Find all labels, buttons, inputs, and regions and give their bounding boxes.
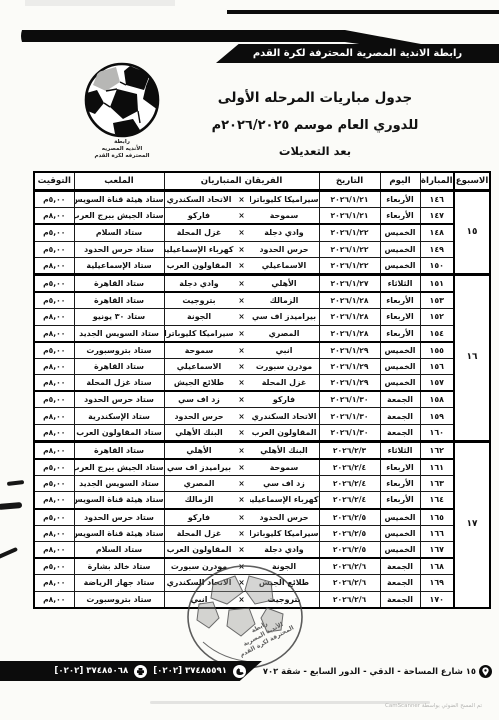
stadium-cell: ستاد جهاز الرياضة: [74, 575, 164, 591]
away-team: سيراميكا كليوباترا: [165, 326, 234, 341]
match-number-cell: ١٥٤: [420, 325, 454, 342]
stadium-cell: ستاد القاهرة: [74, 292, 164, 309]
home-team: حرس الحدود: [250, 510, 319, 525]
versus-symbol: ×: [234, 476, 250, 491]
date-cell: ٢٠٢٦/١/٢٧: [319, 274, 380, 292]
week-number-cell: ١٦: [454, 274, 490, 441]
away-team: بتروجيت: [165, 293, 234, 308]
match-number-cell: ١٥٢: [420, 309, 454, 325]
stadium-cell: ستاد بتروسبورت: [74, 591, 164, 608]
match-row: ١٦٣الأربعاء٢٠٢٦/٢/٤زد اف سي×المصريستاد ا…: [34, 476, 490, 492]
teams-cell: سموحة×بيراميدز اف سي: [164, 459, 319, 476]
home-team: المصري: [250, 326, 319, 341]
match-row: ١٤٩الخميس٢٠٢٦/١/٢٢حرس الحدود×كهرباء الإس…: [34, 241, 490, 257]
match-row: ١٧١٦٢الثلاثاء٢٠٢٦/٢/٣البنك الأهلي×الأهلي…: [34, 441, 490, 459]
date-cell: ٢٠٢٦/٢/٦: [319, 558, 380, 575]
day-cell: الثلاثاء: [380, 441, 420, 459]
date-cell: ٢٠٢٦/١/٢١: [319, 208, 380, 225]
time-cell: ٥,٠٠م: [34, 292, 74, 309]
stadium-cell: ستاد الإسماعيلية: [74, 257, 164, 274]
match-row: ١٥٢الاربعاء٢٠٢٦/١/٢٨بيراميدز اف سي×الجون…: [34, 309, 490, 325]
stadium-cell: ستاد المقاولون العرب: [74, 424, 164, 441]
date-cell: ٢٠٢٦/١/٢٢: [319, 241, 380, 257]
date-cell: ٢٠٢٦/٢/٥: [319, 509, 380, 526]
versus-symbol: ×: [234, 409, 250, 424]
address-text: ١٥ شارع المساحة - الدقي - الدور السابع -…: [263, 666, 476, 676]
date-cell: ٢٠٢٦/٢/٣: [319, 441, 380, 459]
time-cell: ٨,٠٠م: [34, 375, 74, 392]
time-cell: ٥,٠٠م: [34, 476, 74, 492]
match-number-cell: ١٤٧: [420, 208, 454, 225]
time-cell: ٨,٠٠م: [34, 541, 74, 558]
time-cell: ٨,٠٠م: [34, 424, 74, 441]
match-number-cell: ١٦٣: [420, 476, 454, 492]
day-cell: الجمعة: [380, 408, 420, 424]
date-cell: ٢٠٢٦/٢/٤: [319, 476, 380, 492]
stadium-cell: ستاد خالد بشارة: [74, 558, 164, 575]
week-number-cell: ١٧: [454, 441, 490, 607]
home-team: سيراميكا كليوباترا: [250, 526, 319, 541]
day-cell: الخميس: [380, 342, 420, 359]
match-number-cell: ١٥٠: [420, 257, 454, 274]
date-cell: ٢٠٢٦/١/٢٨: [319, 309, 380, 325]
schedule-body: ١٥١٤٦الأربعاء٢٠٢٦/١/٢١سيراميكا كليوباترا…: [34, 191, 490, 608]
logo-caption-line: الأنديه المصريه: [70, 146, 174, 153]
stadium-cell: ستاد حرس الحدود: [74, 391, 164, 408]
title-stage: جدول مباريات المرحله الأولى: [170, 90, 460, 106]
versus-symbol: ×: [234, 492, 250, 507]
versus-symbol: ×: [234, 460, 250, 475]
day-cell: الأربعاء: [380, 292, 420, 309]
home-team: الاتحاد السكندري: [250, 409, 319, 424]
home-team: كهرباء الإسماعيلية: [250, 492, 319, 507]
versus-symbol: ×: [234, 242, 250, 257]
phone-icon: [233, 665, 246, 678]
home-team: المقاولون العرب: [250, 425, 319, 440]
date-cell: ٢٠٢٦/٢/٥: [319, 525, 380, 541]
stadium-cell: ستاد السلام: [74, 541, 164, 558]
match-schedule-table: الاسبوع المباراة اليوم التاريخ الفريقان …: [33, 171, 491, 609]
home-team: الأهلي: [250, 276, 319, 291]
home-team: البنك الأهلي: [250, 443, 319, 458]
time-cell: ٨,٠٠م: [34, 358, 74, 374]
away-team: طلائع الجيش: [165, 375, 234, 390]
match-number-cell: ١٤٨: [420, 224, 454, 241]
stadium-cell: ستاد القاهرة: [74, 441, 164, 459]
stadium-cell: ستاد هيئة قناة السويس: [74, 525, 164, 541]
match-row: ١٥٤الأربعاء٢٠٢٦/١/٢٨المصري×سيراميكا كليو…: [34, 325, 490, 342]
header-day: اليوم: [380, 172, 420, 191]
match-row: ١٦٤الأربعاء٢٠٢٦/٢/٤كهرباء الإسماعيلية×ال…: [34, 492, 490, 509]
day-cell: الثلاثاء: [380, 274, 420, 292]
home-team: سموحة: [250, 460, 319, 475]
stadium-cell: ستاد الجيش ببرج العرب: [74, 459, 164, 476]
away-team: غزل المحلة: [165, 225, 234, 240]
teams-cell: المصري×سيراميكا كليوباترا: [164, 325, 319, 342]
teams-cell: حرس الحدود×كهرباء الإسماعيلية: [164, 241, 319, 257]
versus-symbol: ×: [234, 359, 250, 374]
date-cell: ٢٠٢٦/١/٣٠: [319, 408, 380, 424]
versus-symbol: ×: [234, 425, 250, 440]
day-cell: الجمعة: [380, 591, 420, 608]
match-row: ١٦٦الخميس٢٠٢٦/٢/٥سيراميكا كليوباترا×غزل …: [34, 525, 490, 541]
day-cell: الخميس: [380, 509, 420, 526]
home-team: سموحة: [250, 208, 319, 223]
teams-cell: الاتحاد السكندري×حرس الحدود: [164, 408, 319, 424]
day-cell: الأربعاء: [380, 208, 420, 225]
match-row: ١٥١٤٦الأربعاء٢٠٢٦/١/٢١سيراميكا كليوباترا…: [34, 191, 490, 208]
home-team: الزمالك: [250, 293, 319, 308]
home-team: حرس الحدود: [250, 242, 319, 257]
teams-cell: المقاولون العرب×البنك الأهلي: [164, 424, 319, 441]
date-cell: ٢٠٢٦/١/٢٩: [319, 342, 380, 359]
versus-symbol: ×: [234, 208, 250, 223]
pen-mark: [7, 480, 24, 486]
match-number-cell: ١٦٦: [420, 525, 454, 541]
day-cell: الخميس: [380, 358, 420, 374]
date-cell: ٢٠٢٦/١/٢٩: [319, 358, 380, 374]
home-team: وادي دجلة: [250, 225, 319, 240]
time-cell: ٥,٠٠م: [34, 241, 74, 257]
match-number-cell: ١٦٨: [420, 558, 454, 575]
day-cell: الخميس: [380, 257, 420, 274]
versus-symbol: ×: [234, 276, 250, 291]
stadium-cell: ستاد الإسكندرية: [74, 408, 164, 424]
date-cell: ٢٠٢٦/٢/٦: [319, 575, 380, 591]
away-team: زد اف سي: [165, 392, 234, 407]
match-number-cell: ١٥٨: [420, 391, 454, 408]
date-cell: ٢٠٢٦/٢/٤: [319, 459, 380, 476]
date-cell: ٢٠٢٦/١/٢٩: [319, 375, 380, 392]
date-cell: ٢٠٢٦/١/٢٨: [319, 292, 380, 309]
away-team: حرس الحدود: [165, 409, 234, 424]
away-team: المقاولون العرب: [165, 542, 234, 557]
pen-mark: [0, 547, 18, 559]
title-amendments: بعد التعديلات: [170, 144, 460, 158]
versus-symbol: ×: [234, 225, 250, 240]
stadium-cell: ستاد حرس الحدود: [74, 241, 164, 257]
versus-symbol: ×: [234, 542, 250, 557]
stadium-cell: ستاد حرس الحدود: [74, 509, 164, 526]
teams-cell: مودرن سبورت×الاسماعيلي: [164, 358, 319, 374]
logo-caption-line: المحترفه لكرة القدم: [70, 153, 174, 160]
stadium-cell: ستاد غزل المحلة: [74, 375, 164, 392]
time-cell: ٨,٠٠م: [34, 257, 74, 274]
fax-number: [٠٢٠٢] ٣٧٤٨٥٠٦٨: [54, 666, 128, 676]
day-cell: الخميس: [380, 375, 420, 392]
away-team: الزمالك: [165, 492, 234, 507]
away-team: المقاولون العرب: [165, 258, 234, 273]
time-cell: ٨,٠٠م: [34, 309, 74, 325]
match-number-cell: ١٦٢: [420, 441, 454, 459]
teams-cell: الزمالك×بتروجيت: [164, 292, 319, 309]
match-number-cell: ١٤٦: [420, 191, 454, 208]
date-cell: ٢٠٢٦/٢/٤: [319, 492, 380, 509]
versus-symbol: ×: [234, 443, 250, 458]
day-cell: الأربعاء: [380, 191, 420, 208]
stadium-cell: ستاد القاهرة: [74, 358, 164, 374]
document-titles: جدول مباريات المرحله الأولى للدوري العام…: [170, 90, 460, 158]
away-team: فاركو: [165, 208, 234, 223]
time-cell: ٥,٠٠م: [34, 558, 74, 575]
time-cell: ٥,٠٠م: [34, 191, 74, 208]
away-team: سموحة: [165, 343, 234, 358]
fax-icon: [134, 665, 147, 678]
stadium-cell: ستاد هيئة قناة السويس: [74, 191, 164, 208]
header-date: التاريخ: [319, 172, 380, 191]
teams-cell: فاركو×زد اف سي: [164, 391, 319, 408]
match-number-cell: ١٦٧: [420, 541, 454, 558]
day-cell: الخميس: [380, 525, 420, 541]
day-cell: الجمعة: [380, 391, 420, 408]
time-cell: ٨,٠٠م: [34, 408, 74, 424]
day-cell: الاربعاء: [380, 459, 420, 476]
time-cell: ٥,٠٠م: [34, 391, 74, 408]
away-team: بيراميدز اف سي: [165, 460, 234, 475]
home-team: فاركو: [250, 392, 319, 407]
match-row: ١٥٣الأربعاء٢٠٢٦/١/٢٨الزمالك×بتروجيتستاد …: [34, 292, 490, 309]
teams-cell: انبي×سموحة: [164, 342, 319, 359]
match-row: ١٥٠الخميس٢٠٢٦/١/٢٢الاسماعيلي×المقاولون ا…: [34, 257, 490, 274]
date-cell: ٢٠٢٦/٢/٥: [319, 541, 380, 558]
day-cell: الأربعاء: [380, 492, 420, 509]
match-number-cell: ١٧٠: [420, 591, 454, 608]
day-cell: الجمعة: [380, 575, 420, 591]
match-row: ١٦٥الخميس٢٠٢٦/٢/٥حرس الحدود×فاركوستاد حر…: [34, 509, 490, 526]
home-team: سيراميكا كليوباترا: [250, 192, 319, 207]
time-cell: ٨,٠٠م: [34, 591, 74, 608]
header-week: الاسبوع: [454, 172, 490, 191]
teams-cell: غزل المحلة×طلائع الجيش: [164, 375, 319, 392]
match-row: ١٥٨الجمعة٢٠٢٦/١/٣٠فاركو×زد اف سيستاد حرس…: [34, 391, 490, 408]
versus-symbol: ×: [234, 510, 250, 525]
teams-cell: حرس الحدود×فاركو: [164, 509, 319, 526]
match-row: ١٤٨الخميس٢٠٢٦/١/٢٢وادي دجلة×غزل المحلةست…: [34, 224, 490, 241]
away-team: كهرباء الإسماعيلية: [165, 242, 234, 257]
time-cell: ٥,٠٠م: [34, 274, 74, 292]
teams-cell: الاسماعيلي×المقاولون العرب: [164, 257, 319, 274]
day-cell: الاربعاء: [380, 309, 420, 325]
date-cell: ٢٠٢٦/١/٣٠: [319, 391, 380, 408]
date-cell: ٢٠٢٦/١/٢٢: [319, 257, 380, 274]
teams-cell: وادي دجلة×غزل المحلة: [164, 224, 319, 241]
teams-cell: بيراميدز اف سي×الجونة: [164, 309, 319, 325]
versus-symbol: ×: [234, 526, 250, 541]
versus-symbol: ×: [234, 309, 250, 324]
match-number-cell: ١٥٩: [420, 408, 454, 424]
stadium-cell: ستاد ٣٠ يونيو: [74, 309, 164, 325]
stadium-cell: ستاد القاهرة: [74, 274, 164, 292]
time-cell: ٥,٠٠م: [34, 459, 74, 476]
versus-symbol: ×: [234, 258, 250, 273]
match-row: ١٥٩الجمعة٢٠٢٦/١/٣٠الاتحاد السكندري×حرس ا…: [34, 408, 490, 424]
teams-cell: وادي دجلة×المقاولون العرب: [164, 541, 319, 558]
logo-caption: رابطةالأنديه المصريهالمحترفه لكرة القدم: [70, 139, 174, 159]
time-cell: ٥,٠٠م: [34, 224, 74, 241]
date-cell: ٢٠٢٦/١/٣٠: [319, 424, 380, 441]
stadium-cell: ستاد الجيش ببرج العرب: [74, 208, 164, 225]
day-cell: الجمعة: [380, 424, 420, 441]
versus-symbol: ×: [234, 293, 250, 308]
away-team: وادي دجلة: [165, 276, 234, 291]
stadium-cell: ستاد بتروسبورت: [74, 342, 164, 359]
logo-caption-line: رابطة: [70, 139, 174, 146]
away-team: الاتحاد السكندري: [165, 192, 234, 207]
teams-cell: كهرباء الإسماعيلية×الزمالك: [164, 492, 319, 509]
match-row: ١٥٦الخميس٢٠٢٦/١/٢٩مودرن سبورت×الاسماعيلي…: [34, 358, 490, 374]
header-stadium: الملعب: [74, 172, 164, 191]
time-cell: ٨,٠٠م: [34, 208, 74, 225]
football-logo: [80, 60, 164, 142]
home-team: انبي: [250, 343, 319, 358]
match-row: ١٦٧الخميس٢٠٢٦/٢/٥وادي دجلة×المقاولون الع…: [34, 541, 490, 558]
home-team: بيراميدز اف سي: [250, 309, 319, 324]
stadium-cell: ستاد هيئة قناة السويس: [74, 492, 164, 509]
time-cell: ٨,٠٠م: [34, 525, 74, 541]
away-team: غزل المحلة: [165, 526, 234, 541]
date-cell: ٢٠٢٦/١/٢٢: [319, 224, 380, 241]
teams-cell: البنك الأهلي×الأهلي: [164, 441, 319, 459]
header-teams: الفريقان المتباريان: [164, 172, 319, 191]
match-number-cell: ١٥١: [420, 274, 454, 292]
match-row: ١٦١٥١الثلاثاء٢٠٢٦/١/٢٧الأهلي×وادي دجلةست…: [34, 274, 490, 292]
away-team: البنك الأهلي: [165, 425, 234, 440]
home-team: وادي دجلة: [250, 542, 319, 557]
versus-symbol: ×: [234, 343, 250, 358]
match-number-cell: ١٦٩: [420, 575, 454, 591]
match-number-cell: ١٦٠: [420, 424, 454, 441]
versus-symbol: ×: [234, 375, 250, 390]
teams-cell: سيراميكا كليوباترا×الاتحاد السكندري: [164, 191, 319, 208]
time-cell: ٨,٠٠م: [34, 492, 74, 509]
time-cell: ٥,٠٠م: [34, 509, 74, 526]
away-team: الجونة: [165, 309, 234, 324]
versus-symbol: ×: [234, 192, 250, 207]
match-row: ١٦١الاربعاء٢٠٢٦/٢/٤سموحة×بيراميدز اف سيس…: [34, 459, 490, 476]
scanned-schedule-page: رابطة الاندية المصرية المحترفة لكرة القد…: [0, 0, 499, 720]
match-number-cell: ١٥٥: [420, 342, 454, 359]
teams-cell: زد اف سي×المصري: [164, 476, 319, 492]
match-number-cell: ١٥٦: [420, 358, 454, 374]
versus-symbol: ×: [234, 326, 250, 341]
away-team: الاسماعيلي: [165, 359, 234, 374]
day-cell: الجمعة: [380, 558, 420, 575]
time-cell: ٨,٠٠م: [34, 441, 74, 459]
versus-symbol: ×: [234, 392, 250, 407]
away-team: فاركو: [165, 510, 234, 525]
day-cell: الأربعاء: [380, 325, 420, 342]
match-number-cell: ١٥٧: [420, 375, 454, 392]
day-cell: الخميس: [380, 224, 420, 241]
day-cell: الخميس: [380, 241, 420, 257]
pen-mark: [0, 502, 22, 510]
phone-number: [٠٢٠٢] ٣٧٤٨٥٥٩١: [153, 666, 227, 676]
club-stamp: رابطة الأندية المصرية المحترفة لكرة القد…: [183, 562, 307, 672]
time-cell: ٨,٠٠م: [34, 575, 74, 591]
date-cell: ٢٠٢٦/١/٢١: [319, 191, 380, 208]
match-row: ١٥٥الخميس٢٠٢٦/١/٢٩انبي×سموحةستاد بتروسبو…: [34, 342, 490, 359]
date-cell: ٢٠٢٦/٢/٦: [319, 591, 380, 608]
day-cell: الخميس: [380, 541, 420, 558]
stadium-cell: ستاد السويس الجديد: [74, 476, 164, 492]
match-row: ١٦٠الجمعة٢٠٢٦/١/٣٠المقاولون العرب×البنك …: [34, 424, 490, 441]
location-pin-icon: [479, 665, 492, 678]
table-header-row: الاسبوع المباراة اليوم التاريخ الفريقان …: [34, 172, 490, 191]
match-row: ١٤٧الأربعاء٢٠٢٦/١/٢١سموحة×فاركوستاد الجي…: [34, 208, 490, 225]
time-cell: ٨,٠٠م: [34, 325, 74, 342]
away-team: المصري: [165, 476, 234, 491]
match-number-cell: ١٥٣: [420, 292, 454, 309]
time-cell: ٥,٠٠م: [34, 342, 74, 359]
match-number-cell: ١٦٥: [420, 509, 454, 526]
day-cell: الأربعاء: [380, 476, 420, 492]
week-number-cell: ١٥: [454, 191, 490, 275]
match-number-cell: ١٦١: [420, 459, 454, 476]
date-cell: ٢٠٢٦/١/٢٨: [319, 325, 380, 342]
away-team: الأهلي: [165, 443, 234, 458]
address-line: ١٥ شارع المساحة - الدقي - الدور السابع -…: [258, 661, 496, 681]
home-team: الاسماعيلي: [250, 258, 319, 273]
stadium-cell: ستاد السلام: [74, 224, 164, 241]
header-match: المباراة: [420, 172, 454, 191]
match-number-cell: ١٤٩: [420, 241, 454, 257]
camscanner-watermark: تم المسح الضوئي بواسطة CamScanner: [385, 703, 482, 709]
teams-cell: سيراميكا كليوباترا×غزل المحلة: [164, 525, 319, 541]
title-season: للدوري العام موسم ٢٠٢٦/٢٠٢٥م: [170, 118, 460, 133]
home-team: غزل المحلة: [250, 375, 319, 390]
match-number-cell: ١٦٤: [420, 492, 454, 509]
teams-cell: سموحة×فاركو: [164, 208, 319, 225]
teams-cell: الأهلي×وادي دجلة: [164, 274, 319, 292]
home-team: مودرن سبورت: [250, 359, 319, 374]
footer-contact-bar: [٠٢٠٢] ٣٧٤٨٥٥٩١ [٠٢٠٢] ٣٧٤٨٥٠٦٨: [0, 661, 262, 681]
match-row: ١٥٧الخميس٢٠٢٦/١/٢٩غزل المحلة×طلائع الجيش…: [34, 375, 490, 392]
association-banner: رابطة الاندية المصرية المحترفة لكرة القد…: [216, 44, 499, 63]
stadium-cell: ستاد السويس الجديد: [74, 325, 164, 342]
association-banner-title: رابطة الاندية المصرية المحترفة لكرة القد…: [216, 44, 499, 63]
header-time: التوقيت: [34, 172, 74, 191]
home-team: زد اف سي: [250, 476, 319, 491]
